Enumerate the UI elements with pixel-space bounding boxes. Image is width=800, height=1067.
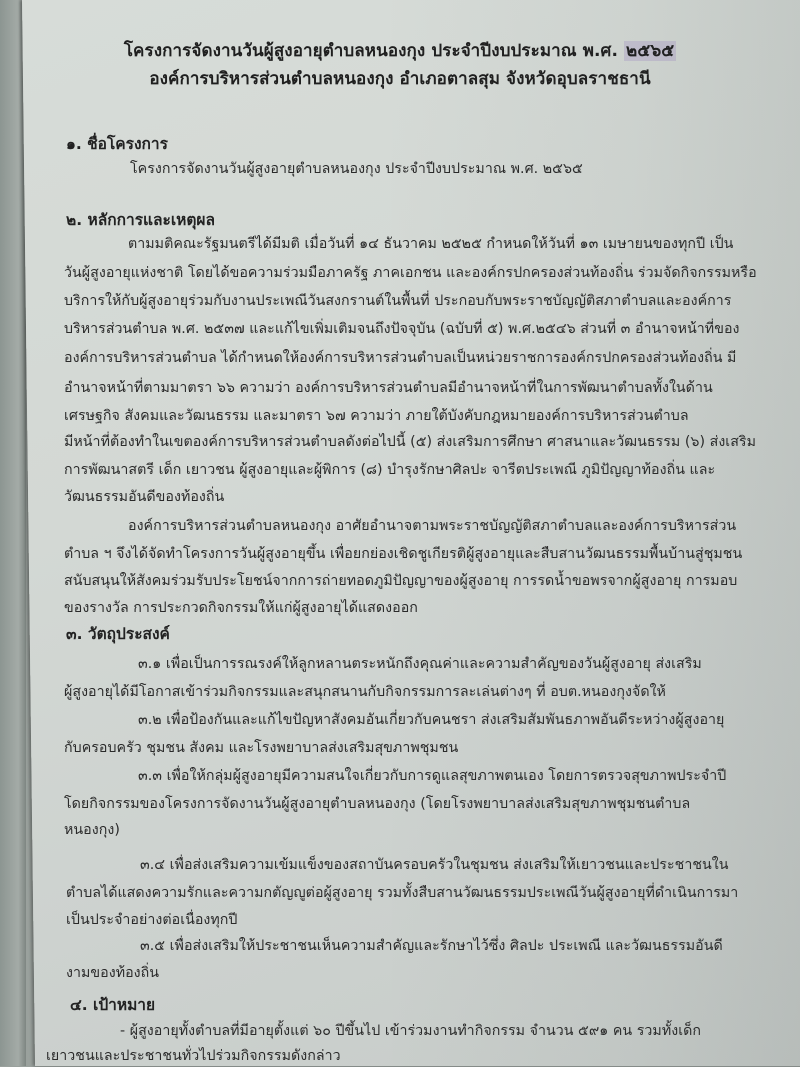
section-2-line: วันผู้สูงอายุแห่งชาติ โดยได้ขอความร่วมมื… <box>64 262 757 284</box>
section-2-heading: ๒. หลักการและเหตุผล <box>66 207 215 232</box>
target-line: - ผู้สูงอายุทั้งตำบลที่มีอายุตั้งแต่ ๖๐ … <box>120 1020 701 1042</box>
objective-3-1: ๓.๑ เพื่อเป็นการรณรงค์ให้ลูกหลานตระหนักถ… <box>138 653 702 675</box>
section-2-line: ของรางวัล การประกวดกิจกรรมให้แก่ผู้สูงอา… <box>64 597 418 619</box>
section-2-line: บริหารส่วนตำบล พ.ศ. ๒๕๓๗ และแก้ไขเพิ่มเต… <box>64 318 740 340</box>
document-title-line-2: องค์การบริหารส่วนตำบลหนองกุง อำเภอตาลสุม… <box>0 65 800 92</box>
section-1-heading: ๑. ชื่อโครงการ <box>66 131 168 156</box>
objective-3-4: ๓.๔ เพื่อส่งเสริมความเข้มแข็งของสถาบันคร… <box>140 854 729 876</box>
section-2-line: ตำบล ฯ จึงได้จัดทำโครงการวันผู้สูงอายุขึ… <box>64 543 742 565</box>
section-3-heading: ๓. วัตถุประสงค์ <box>66 621 170 646</box>
section-3-line: โดยกิจกรรมของโครงการจัดงานวันผู้สูงอายุต… <box>64 793 690 815</box>
section-2-line: องค์การบริหารส่วนตำบลหนองกุง อาศัยอำนาจต… <box>128 515 736 537</box>
section-2-line: องค์การบริหารส่วนตำบล ได้กำหนดให้องค์การ… <box>64 347 736 369</box>
section-3-line: ผู้สูงอายุได้มีโอกาสเข้าร่วมกิจกรรมและสน… <box>64 681 666 703</box>
target-line: เยาวชนและประชาชนทั่วไปร่วมกิจกรรมดังกล่า… <box>46 1045 341 1066</box>
objective-3-5: ๓.๕ เพื่อส่งเสริมให้ประชาชนเห็นความสำคัญ… <box>140 935 723 957</box>
section-3-line: กับครอบครัว ชุมชน สังคม และโรงพยาบาลส่งเ… <box>64 737 458 759</box>
section-2-line: วัฒนธรรมอันดีของท้องถิ่น <box>64 486 224 508</box>
section-2-line: ตามมติคณะรัฐมนตรีได้มีมติ เมื่อวันที่ ๑๔… <box>128 233 733 255</box>
section-1-line: โครงการจัดงานวันผู้สูงอายุตำบลหนองกุง ปร… <box>130 158 583 180</box>
section-2-line: อำนาจหน้าที่ตามมาตรา ๖๖ ความว่า องค์การบ… <box>64 377 713 399</box>
document-page: โครงการจัดงานวันผู้สูงอายุตำบลหนองกุง ปร… <box>0 0 800 1066</box>
section-2-line: บริการให้กับผู้สูงอายุร่วมกับงานประเพณีว… <box>64 290 731 312</box>
section-2-line: เศรษฐกิจ สังคมและวัฒนธรรม และมาตรา ๖๗ คว… <box>64 405 689 427</box>
section-3-line: เป็นประจำอย่างต่อเนื่องทุกปี <box>66 909 238 931</box>
objective-3-2: ๓.๒ เพื่อป้องกันและแก้ไขปัญหาสังคมอันเกี… <box>138 709 724 731</box>
section-3-line: หนองกุง) <box>64 819 120 841</box>
section-3-line: งามของท้องถิ่น <box>66 962 159 984</box>
title-text: โครงการจัดงานวันผู้สูงอายุตำบลหนองกุง ปร… <box>124 41 618 61</box>
section-4-heading: ๔. เป้าหมาย <box>70 992 155 1017</box>
title-year-highlight: ๒๕๖๕ <box>624 41 676 61</box>
section-2-line: สนับสนุนให้สังคมร่วมรับประโยชน์จากการถ่า… <box>64 570 737 592</box>
document-title-line-1: โครงการจัดงานวันผู้สูงอายุตำบลหนองกุง ปร… <box>0 37 800 64</box>
section-2-line: มีหน้าที่ต้องทำในเขตองค์การบริหารส่วนตำบ… <box>64 431 756 453</box>
section-3-line: ตำบลได้แสดงความรักและความกตัญญูต่อผู้สูง… <box>66 882 738 904</box>
objective-3-3: ๓.๓ เพื่อให้กลุ่มผู้สูงอายุมีความสนใจเกี… <box>138 765 726 787</box>
section-2-line: การพัฒนาสตรี เด็ก เยาวชน ผู้สูงอายุและผู… <box>64 459 715 481</box>
